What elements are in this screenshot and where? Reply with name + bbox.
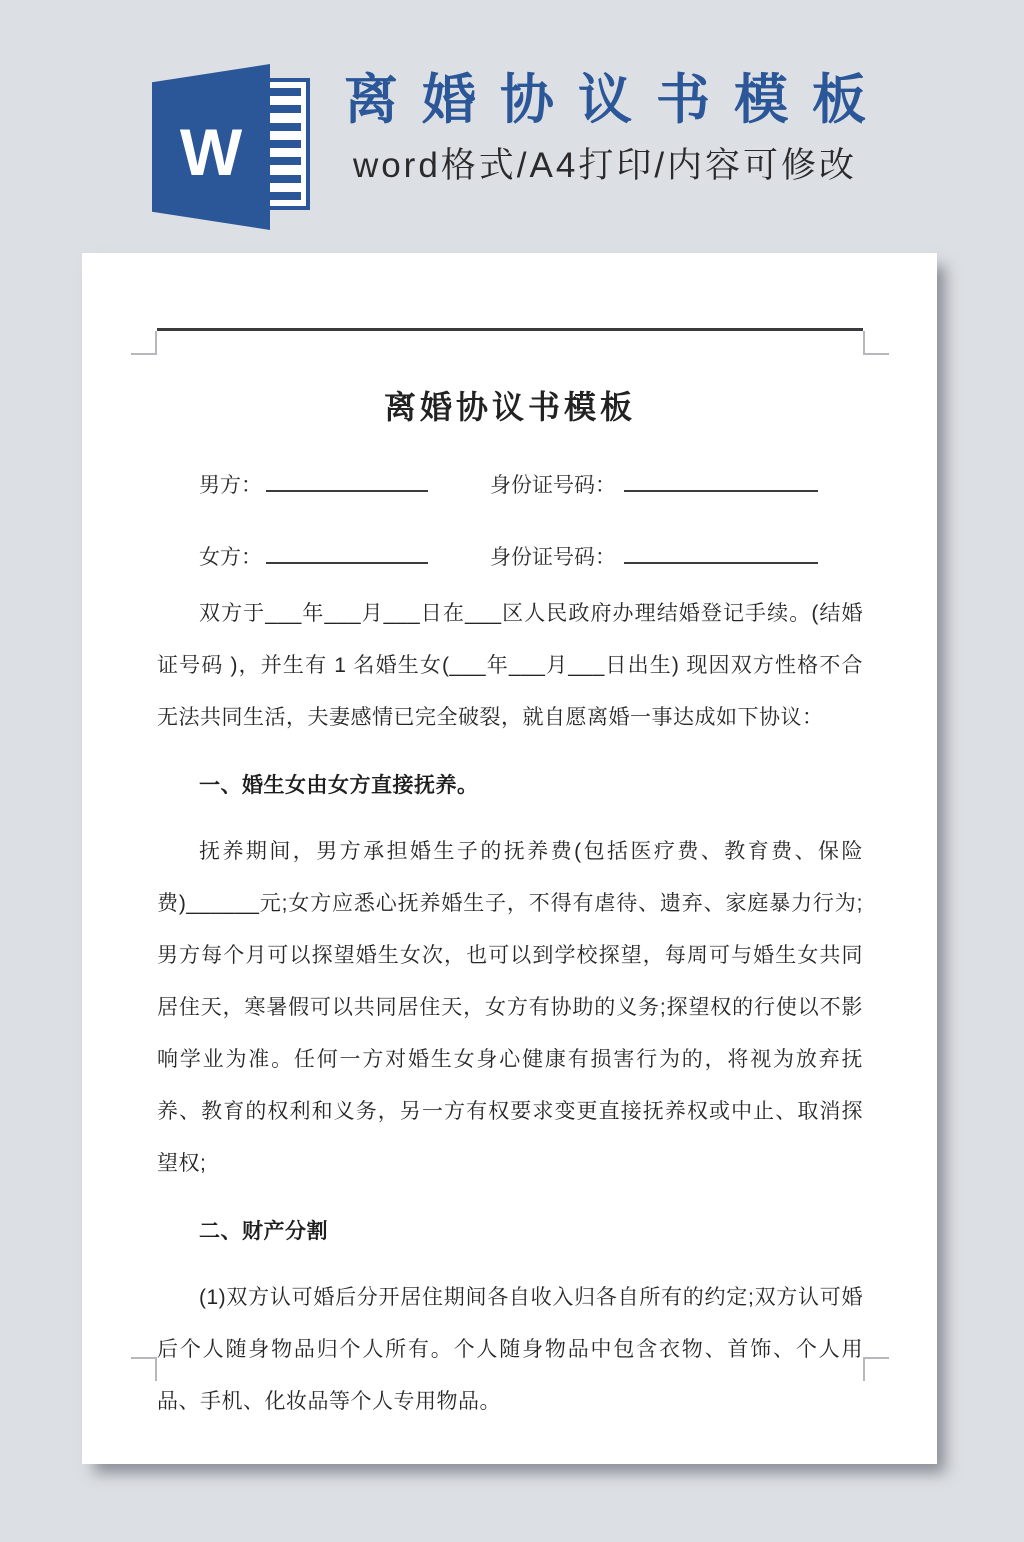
wife-id-blank — [624, 540, 818, 564]
word-logo-panel: W — [152, 64, 270, 230]
document-page: 离婚协议书模板 男方：身份证号码： 女方：身份证号码： 双方于___年___月_… — [82, 253, 937, 1464]
husband-id-label: 身份证号码： — [490, 474, 616, 497]
banner-subtitle: word格式/A4打印/内容可修改 — [336, 146, 874, 186]
husband-name-blank — [266, 468, 428, 492]
section-heading-custody: 一、婚生女由女方直接抚养。 — [157, 760, 863, 812]
doc-title: 离婚协议书模板 — [157, 388, 863, 426]
margin-mark-bottom-left-icon — [131, 1357, 157, 1381]
word-logo-letter: W — [180, 119, 242, 185]
header-rule — [157, 328, 863, 331]
banner-text: 离婚协议书模板 word格式/A4打印/内容可修改 — [336, 64, 874, 186]
word-logo: W — [150, 64, 336, 230]
margin-mark-top-left-icon — [131, 331, 157, 355]
agreement-body: 双方于___年___月___日在___区人民政府办理结婚登记手续。(结婚证号码 … — [157, 588, 863, 1428]
wife-id-label: 身份证号码： — [490, 546, 616, 569]
paragraph-property-terms: (1)双方认可婚后分开居住期间各自收入归各自所有的约定;双方认可婚后个人随身物品… — [157, 1272, 863, 1428]
margin-mark-bottom-right-icon — [863, 1357, 889, 1381]
form-row-husband: 男方：身份证号码： — [157, 468, 863, 502]
wife-label: 女方： — [199, 546, 262, 569]
husband-label: 男方： — [199, 474, 262, 497]
page-content: 离婚协议书模板 男方：身份证号码： 女方：身份证号码： 双方于___年___月_… — [82, 253, 937, 1464]
form-row-wife: 女方：身份证号码： — [157, 540, 863, 574]
husband-id-blank — [624, 468, 818, 492]
paragraph-intro: 双方于___年___月___日在___区人民政府办理结婚登记手续。(结婚证号码 … — [157, 588, 863, 744]
section-heading-property: 二、财产分割 — [157, 1206, 863, 1258]
banner-title: 离婚协议书模板 — [336, 70, 898, 130]
margin-mark-top-right-icon — [863, 331, 889, 355]
paragraph-custody-terms: 抚养期间，男方承担婚生子的抚养费(包括医疗费、教育费、保险费)______元;女… — [157, 826, 863, 1190]
wife-name-blank — [266, 540, 428, 564]
poster-background: W 离婚协议书模板 word格式/A4打印/内容可修改 离婚协议书模板 男方：身… — [0, 0, 1024, 1542]
banner: W 离婚协议书模板 word格式/A4打印/内容可修改 — [150, 64, 874, 234]
